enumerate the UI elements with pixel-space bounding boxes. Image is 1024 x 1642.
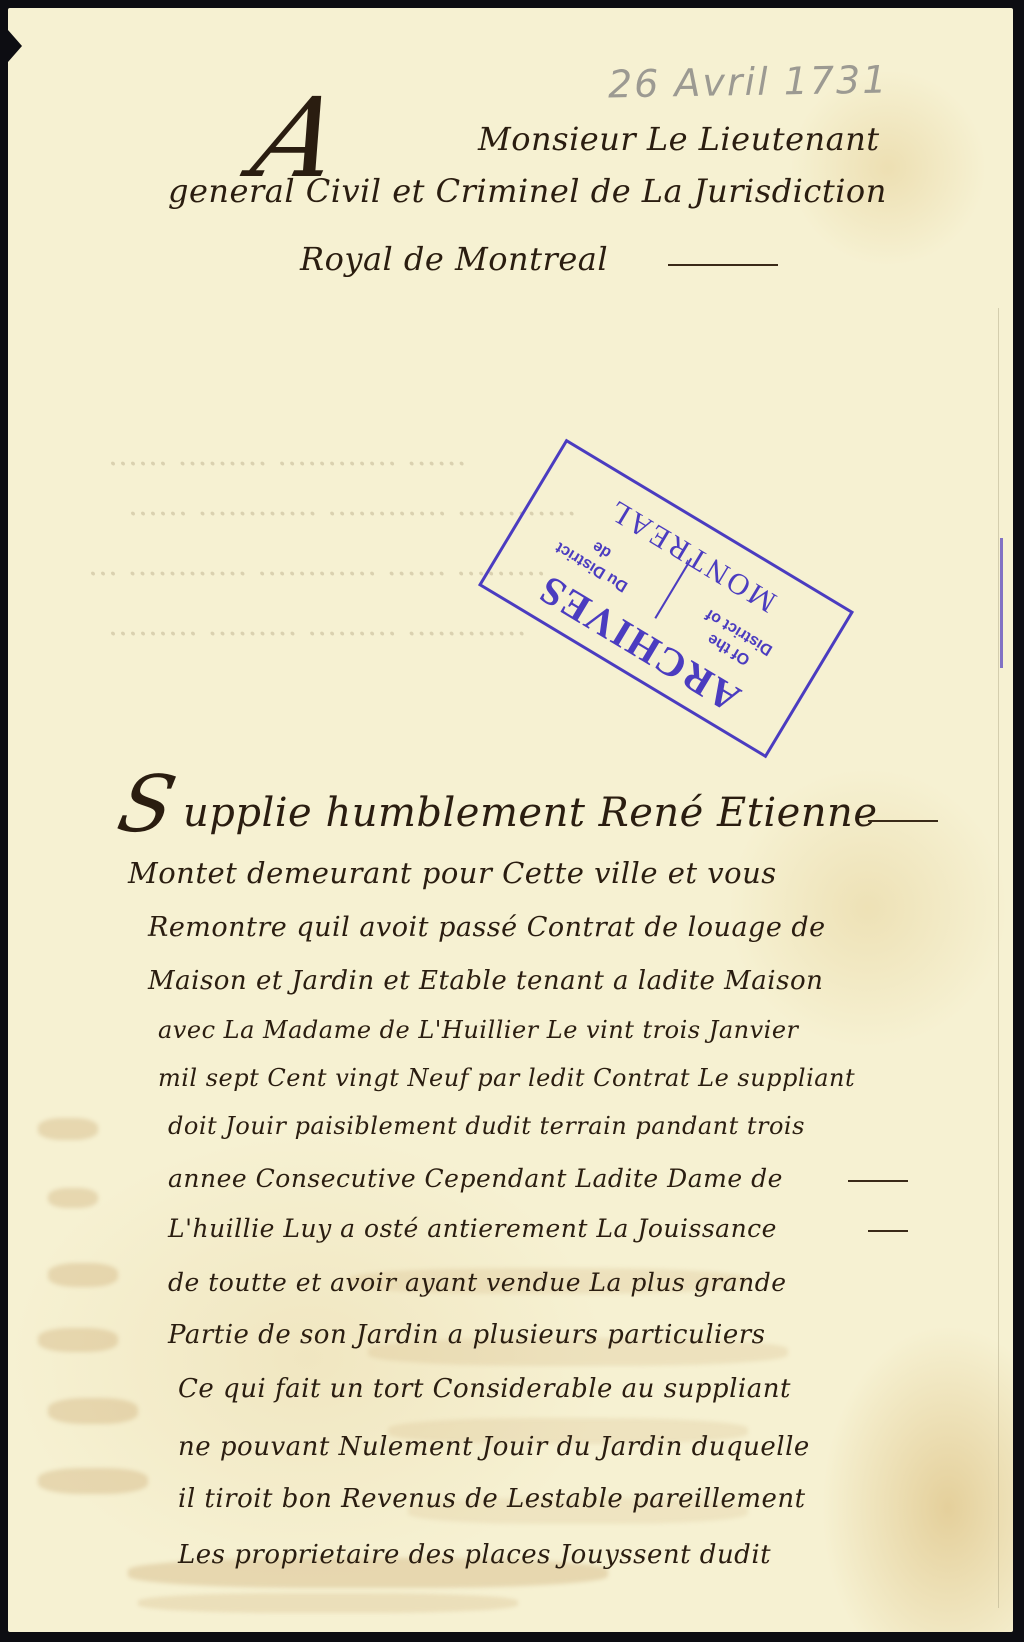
archive-date-note: 26 Avril 1731 bbox=[608, 58, 889, 107]
address-line-2: general Civil et Criminel de La Jurisdic… bbox=[168, 172, 887, 210]
body-line-14: il tiroit bon Revenus de Lestable pareil… bbox=[178, 1484, 806, 1514]
ink-stain bbox=[48, 1263, 118, 1287]
address-line-3: Royal de Montreal bbox=[300, 240, 608, 278]
bleed-through-text: ………… ………… ………… …… bbox=[128, 488, 577, 523]
body-line-1-dash bbox=[868, 820, 938, 822]
body-line-9: L'huillie Luy a osté antierement La Joui… bbox=[168, 1214, 777, 1243]
manuscript-page: …… ………… ……… …… ………… ………… ………… …… ……… …… … bbox=[8, 8, 1013, 1632]
page-notch bbox=[8, 30, 22, 62]
bleed-through-text: …… ………… ……… …… bbox=[108, 438, 467, 473]
bleed-through-text: ………… ……… ……… ……… bbox=[108, 608, 527, 643]
body-line-13: ne pouvant Nulement Jouir du Jardin duqu… bbox=[178, 1432, 810, 1462]
address-line-1: Monsieur Le Lieutenant bbox=[478, 120, 880, 158]
ink-stain bbox=[38, 1118, 98, 1140]
edge-stamp-mark bbox=[1000, 538, 1003, 668]
body-line-11: Partie de son Jardin a plusieurs particu… bbox=[168, 1320, 766, 1350]
archives-stamp: ARCHIVES Of the District of Du District … bbox=[478, 439, 854, 759]
ink-stain bbox=[38, 1468, 148, 1494]
bleed-through-text: ……… …… ………… ………… … bbox=[88, 548, 546, 583]
ink-stain bbox=[48, 1188, 98, 1208]
body-line-12: Ce qui fait un tort Considerable au supp… bbox=[178, 1374, 791, 1404]
body-line-7: doit Jouir paisiblement dudit terrain pa… bbox=[168, 1112, 805, 1140]
body-line-10: de toutte et avoir ayant vendue La plus … bbox=[168, 1268, 787, 1297]
ink-stain bbox=[48, 1398, 138, 1424]
body-line-15: Les proprietaire des places Jouyssent du… bbox=[178, 1540, 771, 1570]
address-underline bbox=[668, 264, 778, 266]
body-line-4: Maison et Jardin et Etable tenant a ladi… bbox=[148, 966, 823, 996]
body-line-5: avec La Madame de L'Huillier Le vint tro… bbox=[158, 1016, 799, 1044]
page-fold-line bbox=[998, 308, 999, 1608]
body-line-9-dash bbox=[868, 1230, 908, 1232]
body-line-2: Montet demeurant pour Cette ville et vou… bbox=[128, 856, 777, 890]
ink-stain bbox=[38, 1328, 118, 1352]
body-line-1: upplie humblement René Etienne bbox=[183, 790, 878, 836]
body-line-3: Remontre quil avoit passé Contrat de lou… bbox=[148, 912, 826, 943]
body-line-8-dash bbox=[848, 1180, 908, 1182]
ink-stain bbox=[138, 1593, 518, 1613]
body-line-8: annee Consecutive Cependant Ladite Dame … bbox=[168, 1164, 783, 1193]
body-drop-cap: S bbox=[110, 760, 183, 850]
body-line-6: mil sept Cent vingt Neuf par ledit Contr… bbox=[158, 1064, 855, 1092]
